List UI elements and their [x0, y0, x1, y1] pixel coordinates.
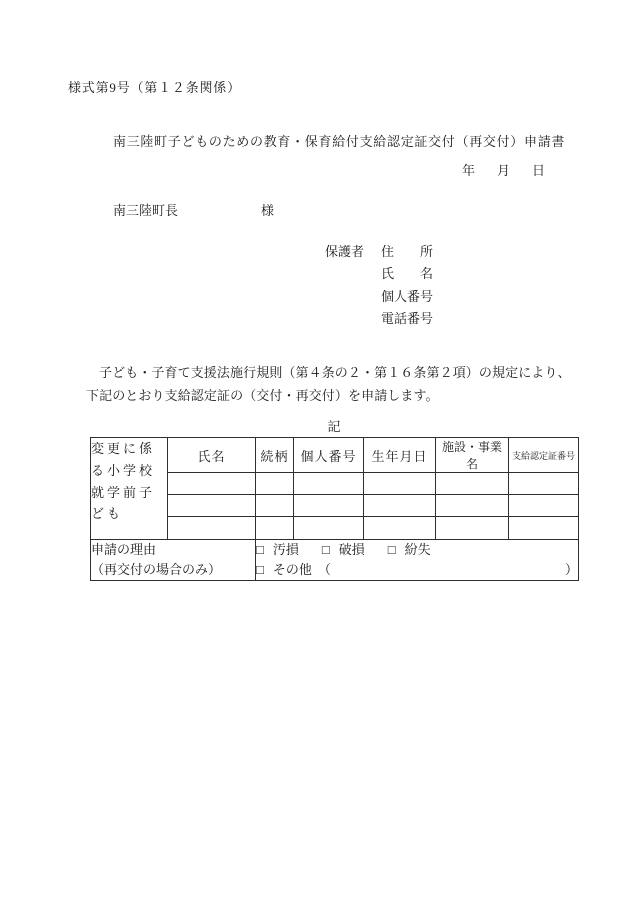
table-cell-empty	[364, 517, 436, 540]
table-cell-empty	[256, 473, 294, 495]
table-cell-empty	[168, 517, 256, 540]
date-line: 年 月 日	[462, 160, 545, 179]
body-paragraph: 子ども・子育て支援法施行規則（第４条の２・第１６条第２項）の規定により、 下記の…	[86, 361, 584, 407]
table-cell-empty	[294, 495, 364, 517]
reason-option-label: 汚損	[273, 540, 299, 560]
checkbox-empty-icon: □	[322, 540, 330, 560]
guardian-field-personal-number: 個人番号	[381, 286, 433, 308]
date-year-label: 年	[462, 160, 475, 179]
reason-options-row-1: □ 汚損 □ 破損 □ 紛失	[256, 540, 578, 560]
document-page: 様式第9号（第１２条関係） 南三陸町子どものための教育・保育給付支給認定証交付（…	[0, 0, 630, 903]
table-cell-empty	[168, 495, 256, 517]
table-cell-empty	[436, 517, 509, 540]
reason-option-label: 破損	[339, 540, 365, 560]
table-cell-empty	[294, 473, 364, 495]
column-header-relationship: 続柄	[256, 438, 294, 473]
guardian-field-phone-number: 電話番号	[381, 308, 433, 330]
section-mark: 記	[90, 416, 578, 435]
guardian-field-address: 住 所	[381, 241, 433, 263]
body-line-2: 下記のとおり支給認定証の（交付・再交付）を申請します。	[86, 384, 584, 407]
table-cell-empty	[168, 473, 256, 495]
table-cell-empty	[364, 473, 436, 495]
row-group-label: 変更に係る小学校就学前子ども	[91, 438, 168, 540]
reason-label-line-2: （再交付の場合のみ）	[91, 560, 255, 580]
column-header-personal-number: 個人番号	[294, 438, 364, 473]
column-header-name: 氏名	[168, 438, 256, 473]
table-cell-empty	[294, 517, 364, 540]
reason-option-soiled: □ 汚損	[256, 540, 299, 560]
body-line-1: 子ども・子育て支援法施行規則（第４条の２・第１６条第２項）の規定により、	[86, 361, 584, 384]
reason-options-row-2: □ その他 （ ）	[256, 560, 578, 580]
date-month-label: 月	[497, 160, 510, 179]
table-cell-empty	[256, 517, 294, 540]
column-header-certificate-number: 支給認定証番号	[509, 438, 579, 473]
application-table: 変更に係る小学校就学前子ども 氏名 続柄 個人番号 生年月日 施設・事業名 支給…	[90, 437, 579, 581]
checkbox-empty-icon: □	[256, 560, 264, 580]
checkbox-empty-icon: □	[256, 540, 264, 560]
addressee-name: 南三陸町長	[113, 203, 178, 218]
guardian-fields: 住 所 氏 名 個人番号 電話番号	[381, 241, 433, 331]
reason-label-cell: 申請の理由 （再交付の場合のみ）	[91, 540, 256, 581]
reason-option-damaged: □ 破損	[322, 540, 365, 560]
date-day-label: 日	[532, 160, 545, 179]
reason-option-label: 紛失	[405, 540, 431, 560]
checkbox-empty-icon: □	[388, 540, 396, 560]
reason-options-cell: □ 汚損 □ 破損 □ 紛失 □	[256, 540, 579, 581]
form-number: 様式第9号（第１２条関係）	[68, 77, 241, 96]
guardian-field-name: 氏 名	[381, 263, 433, 285]
table-cell-empty	[436, 473, 509, 495]
table-cell-empty	[509, 473, 579, 495]
table-cell-empty	[509, 517, 579, 540]
reason-option-label: その他	[273, 560, 312, 580]
table-cell-empty	[509, 495, 579, 517]
table-cell-empty	[364, 495, 436, 517]
other-paren-open: （	[318, 560, 331, 580]
reason-option-lost: □ 紛失	[388, 540, 431, 560]
addressee-line: 南三陸町長様	[113, 200, 274, 219]
document-title: 南三陸町子どものための教育・保育給付支給認定証交付（再交付）申請書	[113, 131, 565, 150]
guardian-label: 保護者	[325, 241, 364, 260]
other-paren-close: ）	[565, 560, 578, 580]
column-header-birthdate: 生年月日	[364, 438, 436, 473]
reason-label-line-1: 申請の理由	[91, 540, 255, 560]
table-cell-empty	[436, 495, 509, 517]
reason-option-other: □ その他	[256, 560, 312, 580]
addressee-honorific: 様	[261, 203, 274, 218]
table-cell-empty	[256, 495, 294, 517]
column-header-facility: 施設・事業名	[436, 438, 509, 473]
